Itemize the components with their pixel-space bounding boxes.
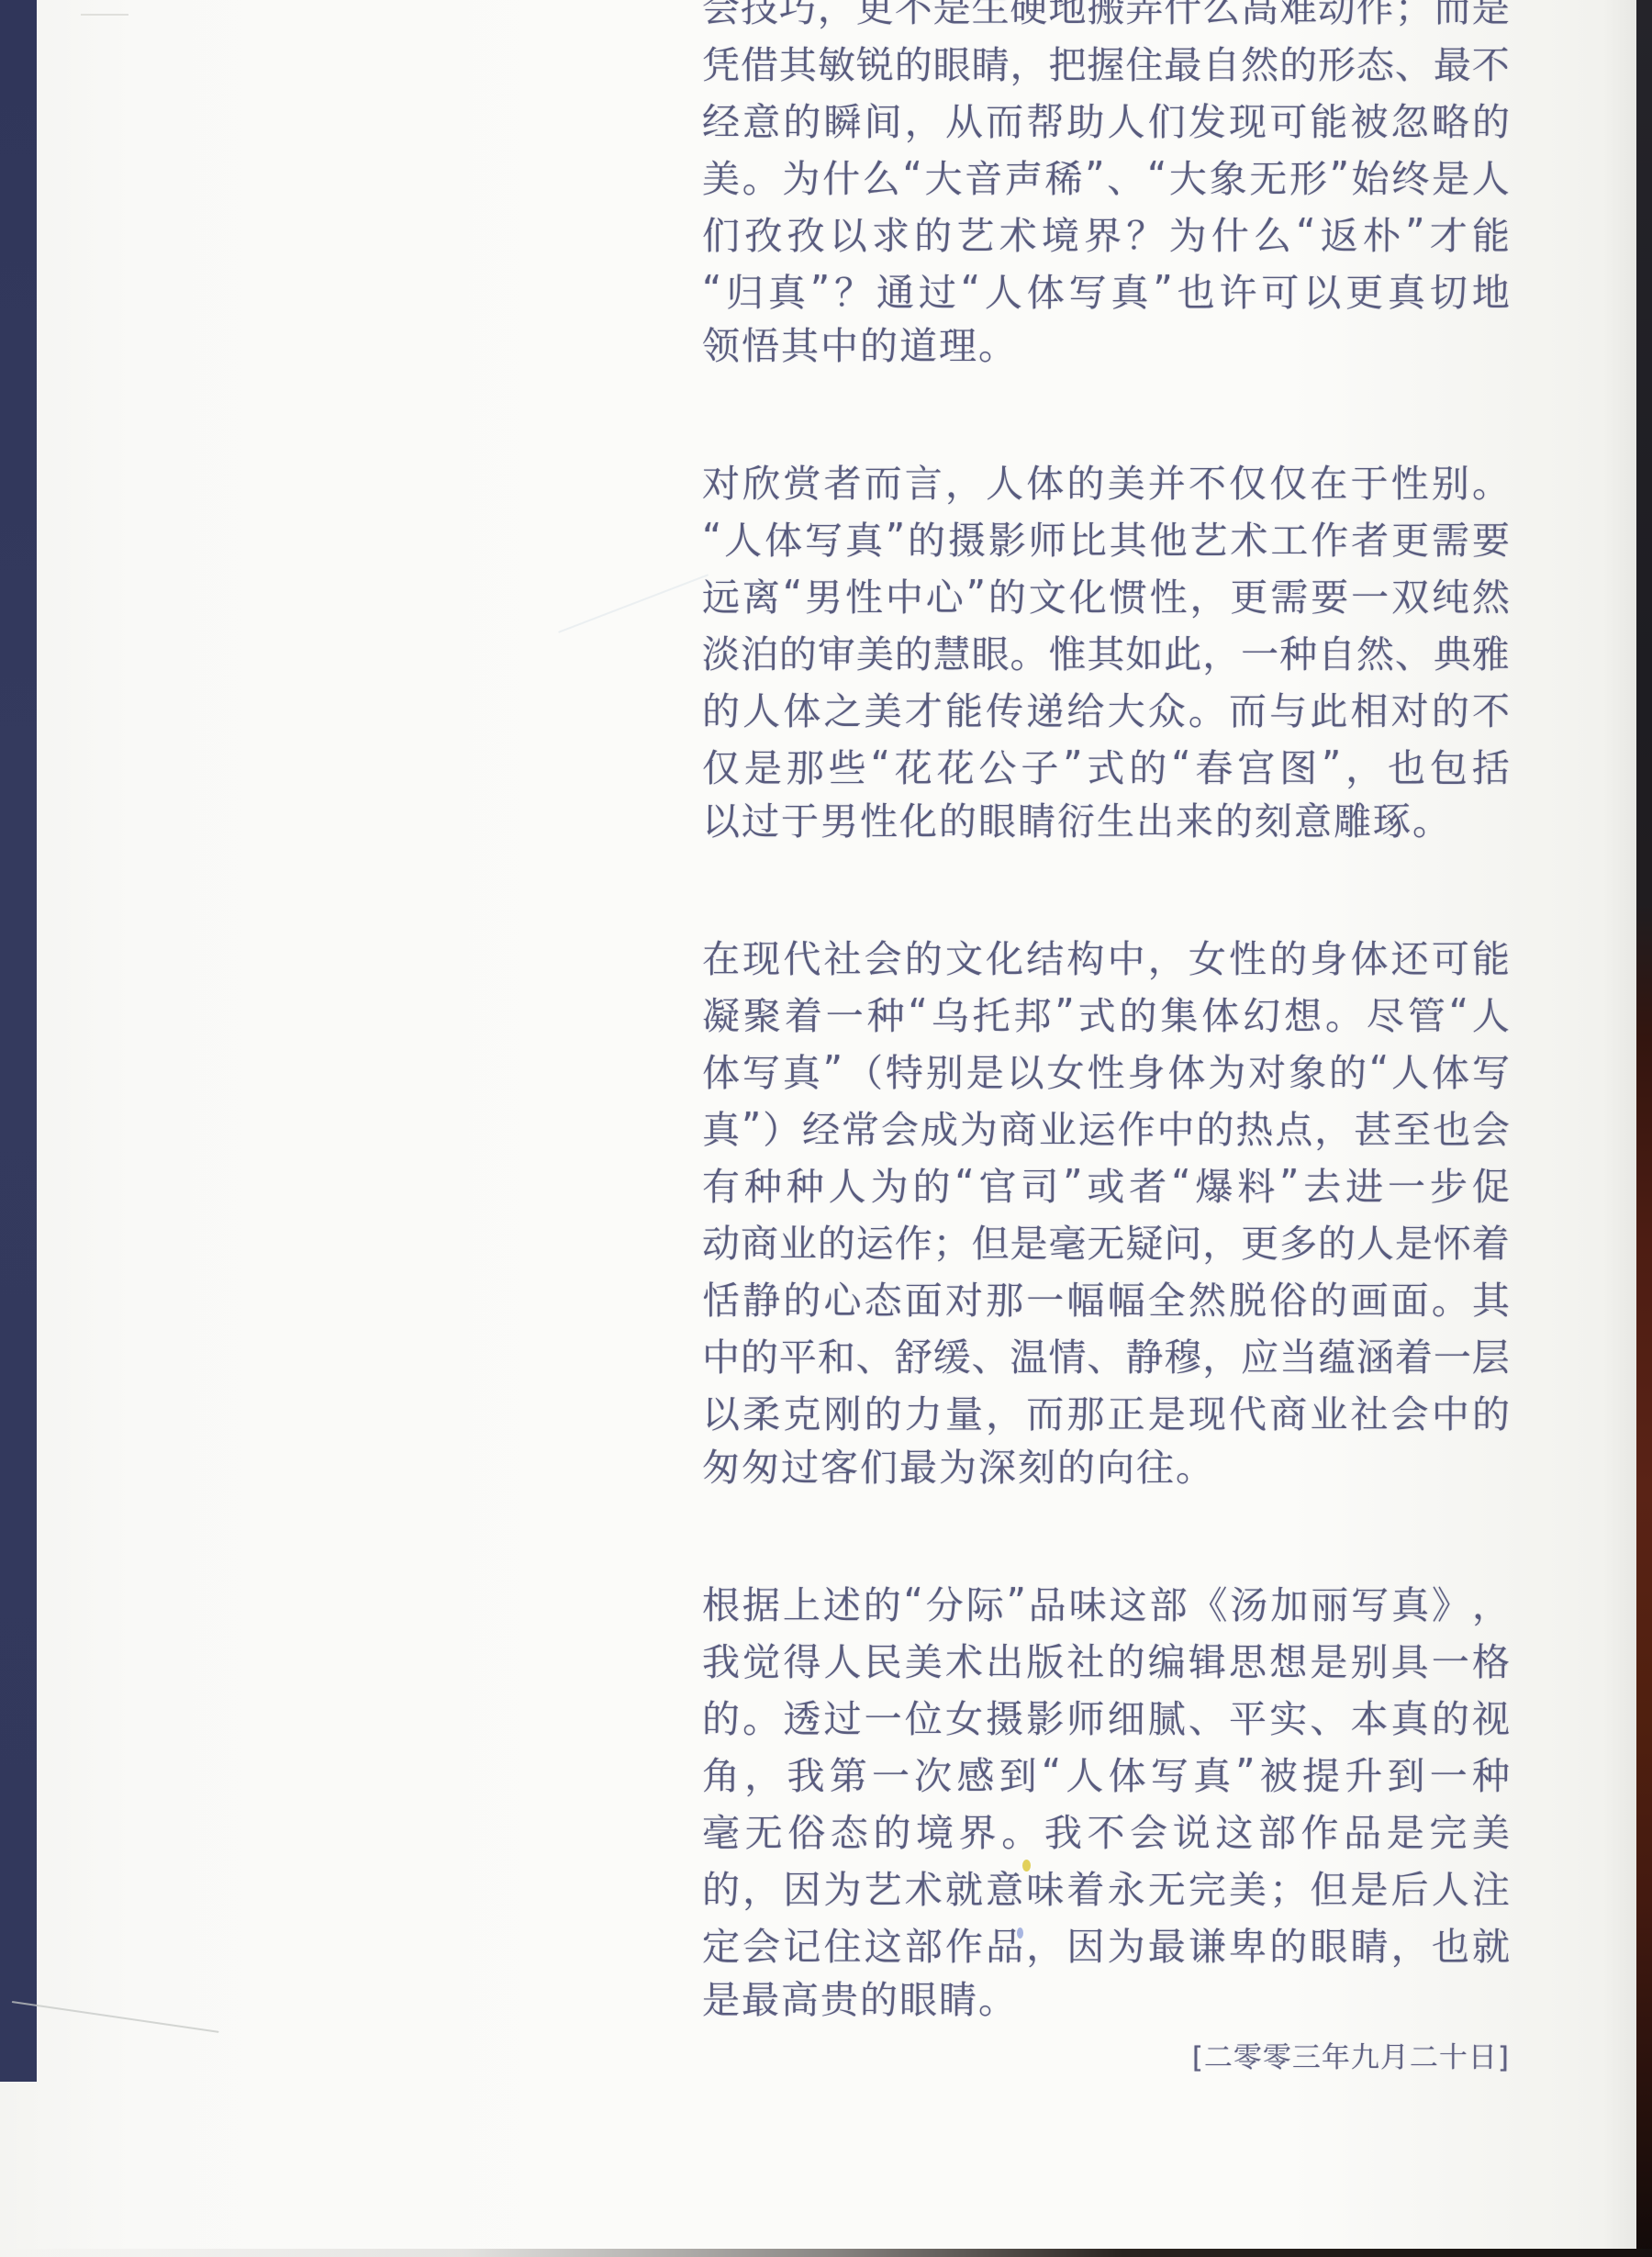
paragraph: 会技巧，更不是生硬地搬弄什么高难动作；而是凭借其敏锐的眼睛，把握住最自然的形态、… — [702, 0, 1510, 374]
paragraph: 根据上述的“分际”品味这部《汤加丽写真》，我觉得人民美术出版社的编辑思想是别具一… — [702, 1573, 1510, 2028]
paper-speck — [1022, 1860, 1031, 1872]
text-line: 恬静的心态面对那一幅幅全然脱俗的画面。其 — [702, 1268, 1510, 1325]
book-spine-band — [0, 0, 37, 2082]
paragraphs: 会技巧，更不是生硬地搬弄什么高难动作；而是凭借其敏锐的眼睛，把握住最自然的形态、… — [702, 0, 1510, 2028]
text-line: 的。透过一位女摄影师细腻、平实、本真的视 — [702, 1687, 1510, 1744]
text-block: 会技巧，更不是生硬地搬弄什么高难动作；而是凭借其敏锐的眼睛，把握住最自然的形态、… — [702, 0, 1510, 2085]
text-line: 毫无俗态的境界。我不会说这部作品是完美 — [702, 1801, 1510, 1858]
text-line: 的，因为艺术就意味着永无完美；但是后人注 — [702, 1858, 1510, 1915]
text-line: 领悟其中的道理。 — [702, 318, 1510, 374]
text-line: 仅是那些“花花公子”式的“春宫图”，也包括 — [702, 736, 1510, 793]
page-right-edge — [1636, 0, 1652, 2257]
text-line: 定会记住这部作品，因为最谦卑的眼睛，也就 — [702, 1915, 1510, 1972]
text-line: “人体写真”的摄影师比其他艺术工作者更需要 — [702, 508, 1510, 565]
text-line: 匆匆过客们最为深刻的向往。 — [702, 1439, 1510, 1496]
text-line: 角，我第一次感到“人体写真”被提升到一种 — [702, 1744, 1510, 1801]
text-line: 有种种人为的“官司”或者“爆料”去进一步促 — [702, 1155, 1510, 1212]
text-line: 以过于男性化的眼睛衍生出来的刻意雕琢。 — [702, 793, 1510, 850]
page-bottom-edge — [0, 2249, 1652, 2257]
text-line: 我觉得人民美术出版社的编辑思想是别具一格 — [702, 1630, 1510, 1687]
text-line: 凝聚着一种“乌托邦”式的集体幻想。尽管“人 — [702, 984, 1510, 1041]
dateline: [二零零三年九月二十日] — [702, 2030, 1510, 2085]
paragraph: 在现代社会的文化结构中，女性的身体还可能凝聚着一种“乌托邦”式的集体幻想。尽管“… — [702, 927, 1510, 1496]
text-line: 真”）经常会成为商业运作中的热点，甚至也会 — [702, 1098, 1510, 1155]
text-line: 的人体之美才能传递给大众。而与此相对的不 — [702, 679, 1510, 736]
paper-smudge — [81, 14, 128, 16]
text-line: 会技巧，更不是生硬地搬弄什么高难动作；而是 — [702, 0, 1510, 33]
text-line: 经意的瞬间，从而帮助人们发现可能被忽略的 — [702, 90, 1510, 147]
text-line: 凭借其敏锐的眼睛，把握住最自然的形态、最不 — [702, 33, 1510, 90]
text-line: 根据上述的“分际”品味这部《汤加丽写真》， — [702, 1573, 1510, 1630]
paper-speck — [1017, 1927, 1023, 1939]
text-line: 中的平和、舒缓、温情、静穆，应当蕴涵着一层 — [702, 1325, 1510, 1382]
text-line: 淡泊的审美的慧眼。惟其如此，一种自然、典雅 — [702, 622, 1510, 679]
text-line: 是最高贵的眼睛。 — [702, 1972, 1510, 2028]
text-line: “归真”？通过“人体写真”也许可以更真切地 — [702, 261, 1510, 318]
text-line: 美。为什么“大音声稀”、“大象无形”始终是人 — [702, 147, 1510, 204]
text-line: 们孜孜以求的艺术境界？为什么“返朴”才能 — [702, 204, 1510, 261]
text-line: 远离“男性中心”的文化惯性，更需要一双纯然 — [702, 565, 1510, 622]
text-line: 以柔克刚的力量，而那正是现代商业社会中的 — [702, 1382, 1510, 1439]
paragraph: 对欣赏者而言，人体的美并不仅仅在于性别。“人体写真”的摄影师比其他艺术工作者更需… — [702, 452, 1510, 850]
text-line: 动商业的运作；但是毫无疑问，更多的人是怀着 — [702, 1212, 1510, 1268]
text-line: 体写真”（特别是以女性身体为对象的“人体写 — [702, 1041, 1510, 1098]
text-line: 对欣赏者而言，人体的美并不仅仅在于性别。 — [702, 452, 1510, 508]
text-line: 在现代社会的文化结构中，女性的身体还可能 — [702, 927, 1510, 984]
